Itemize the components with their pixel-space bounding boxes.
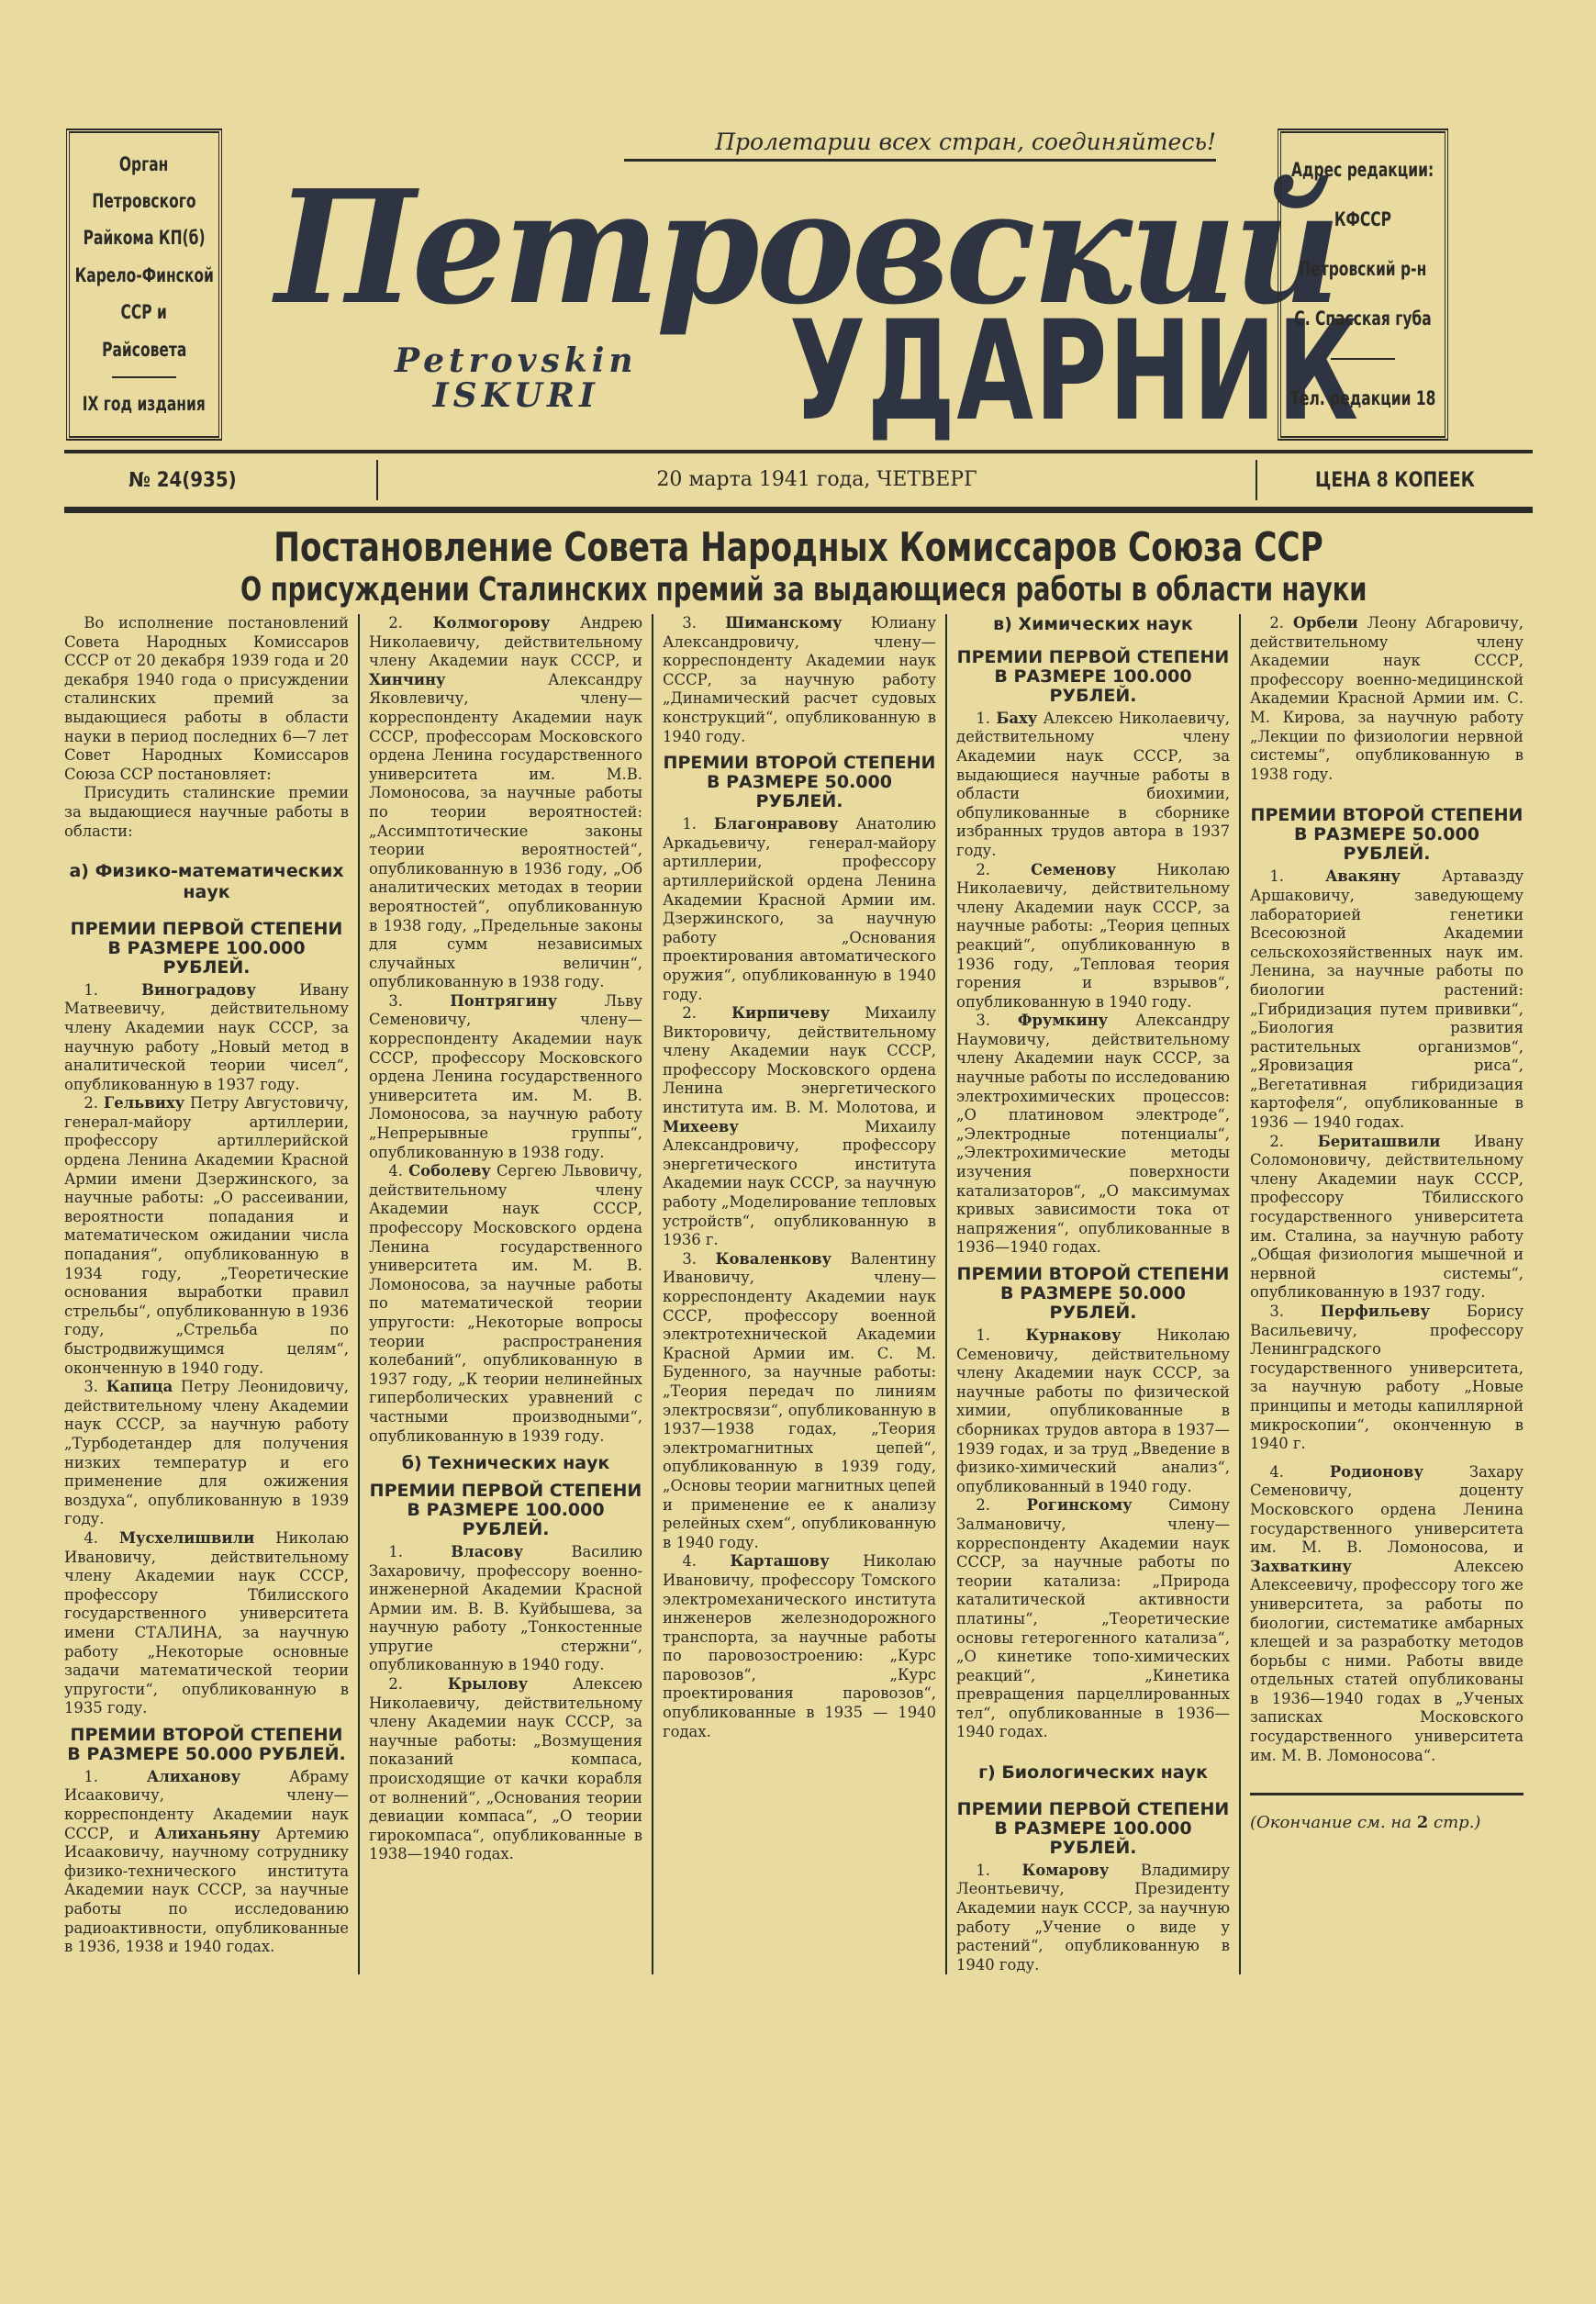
award-entry: 2. Колмогорову Андрею Николаевичу, дейст… — [369, 614, 642, 992]
section-heading: в) Химических наук — [956, 614, 1230, 635]
laureate-name: Рогинскому — [1027, 1496, 1133, 1514]
award-entry: 2. Орбели Леону Абгаровичу, действительн… — [1250, 614, 1523, 784]
award-entry: 1. Комарову Владимиру Леонтьевичу, Прези… — [956, 1862, 1230, 1975]
article-subheadline: О присуждении Сталинских премий за выдаю… — [240, 571, 1356, 609]
laureate-name: Фрумкину — [1018, 1012, 1108, 1029]
entry-text: Александру Наумовичу, действительному чл… — [956, 1012, 1230, 1256]
entry-number: 4. — [1269, 1463, 1284, 1481]
laureate-name: Баху — [996, 710, 1037, 727]
entry-number: 3. — [1269, 1303, 1284, 1320]
award-entry: 1. Авакяну Артаваздy Аршаковичу, заведую… — [1250, 867, 1523, 1132]
finnish-subtitle-line-2: ISKURI — [395, 379, 638, 414]
laureate-name: Власову — [451, 1543, 523, 1560]
laureate-name: Михееву — [663, 1118, 739, 1135]
entry-number: 1. — [84, 1768, 98, 1785]
laureate-name: Семенову — [1031, 861, 1116, 878]
prize-heading: ПРЕМИИ ПЕРВОЙ СТЕПЕНИ В РАЗМЕРЕ 100.000 … — [64, 920, 349, 978]
prize-heading: ПРЕМИИ ПЕРВОЙ СТЕПЕНИ В РАЗМЕРЕ 100.000 … — [369, 1482, 642, 1539]
entry-number: 1. — [388, 1543, 403, 1560]
entry-text: Алексею Алексеевичу, профессору того же … — [1250, 1558, 1523, 1764]
laureate-name: Понтрягину — [450, 992, 557, 1010]
award-entry: 2. Семенову Николаю Николаевичу, действи… — [956, 861, 1230, 1012]
finnish-subtitle: Petrovskin ISKURI — [395, 344, 638, 414]
entry-text: Валентину Ивановичу, члену—корреспондент… — [663, 1250, 936, 1551]
laureate-name: Алиханьяну — [154, 1825, 260, 1842]
entry-number: 3. — [682, 1250, 697, 1268]
laureate-name: Соболеву — [408, 1162, 491, 1180]
award-entry: 3. Шиманскому Юлиану Александровичу, чле… — [663, 614, 936, 746]
laureate-name: Благонравову — [714, 815, 838, 833]
award-entry: 3. Фрумкину Александру Наумовичу, действ… — [956, 1012, 1230, 1258]
entry-text: Михаилу Александровичу, профессору энерг… — [663, 1118, 936, 1249]
entry-number: 3. — [84, 1378, 98, 1395]
laureate-name: Шиманскому — [725, 614, 842, 632]
entry-number: 2. — [976, 861, 990, 878]
entry-text: Сергею Львовичу, действительному члену А… — [369, 1162, 642, 1444]
award-entry: 4. Мусхелишвили Николаю Ивановичу, дейст… — [64, 1529, 349, 1718]
laureate-name: Мусхелишвили — [119, 1529, 254, 1547]
publisher-line: Карело-Финской — [74, 265, 213, 286]
award-entry: 3. Капица Петру Леонидовичу, действитель… — [64, 1378, 349, 1529]
section-heading: г) Биологических наук — [956, 1762, 1230, 1784]
entry-text: Петру Августовичу, генерал-майору артилл… — [64, 1094, 349, 1376]
laureate-name: Бериташвили — [1318, 1133, 1441, 1150]
entry-text: Александру Яковлевичу, члену—корреспонде… — [369, 671, 642, 991]
award-entry: 1. Курнакову Николаю Семеновичу, действи… — [956, 1326, 1230, 1496]
finnish-subtitle-line-1: Petrovskin — [395, 344, 638, 379]
laureate-name: Комарову — [1021, 1862, 1109, 1879]
award-entry: 1. Власову Василию Захаровичу, профессор… — [369, 1543, 642, 1675]
entry-number: 4. — [388, 1162, 403, 1180]
entry-text: Юлиану Александровичу, члену—корреспонде… — [663, 614, 936, 745]
address-line: КФССР — [1334, 209, 1391, 230]
divider — [1331, 358, 1395, 360]
issue-number: № 24(935) — [64, 469, 376, 492]
section-heading: б) Технических наук — [369, 1453, 642, 1474]
intro-paragraph: Присудить сталинские премии за выдающиес… — [64, 784, 349, 841]
phone-line: Тел. редакции 18 — [1290, 388, 1436, 409]
laureate-name: Орбели — [1293, 614, 1358, 632]
continued-note: (Окончание см. на 2 стр.) — [1250, 1814, 1523, 1833]
address-line: Петровский р-н — [1299, 259, 1426, 280]
entry-text: Анатолию Аркадьевичу, генерал-майору арт… — [663, 815, 936, 1002]
award-entry: 4. Соболеву Сергею Львовичу, действитель… — [369, 1162, 642, 1446]
laureate-name: Гельвиху — [104, 1094, 184, 1112]
issue-date: 20 марта 1941 года, ЧЕТВЕРГ — [376, 460, 1257, 500]
column-2: 2. Колмогорову Андрею Николаевичу, дейст… — [358, 614, 652, 1974]
publisher-line: Орган — [119, 154, 169, 175]
entry-number: 1. — [976, 710, 990, 727]
laureate-name: Хинчину — [369, 671, 446, 688]
entry-text: Ивану Соломоновичу, действительному член… — [1250, 1133, 1523, 1302]
prize-heading: ПРЕМИИ ПЕРВОЙ СТЕПЕНИ В РАЗМЕРЕ 100.000 … — [956, 1800, 1230, 1858]
entry-number: 1. — [84, 981, 98, 999]
award-entry: 1. Виноградову Ивану Матвеевичу, действи… — [64, 981, 349, 1095]
entry-number: 3. — [388, 992, 403, 1010]
laureate-name: Виноградову — [141, 981, 256, 999]
address-line: Адрес редакции: — [1291, 160, 1434, 181]
entry-number: 4. — [682, 1552, 697, 1570]
entry-number: 2. — [1269, 1133, 1284, 1150]
laureate-name: Авакяну — [1325, 867, 1401, 885]
article-headline: Постановление Совета Народных Комиссаров… — [226, 524, 1371, 571]
entry-number: 1. — [682, 815, 697, 833]
award-entry: 1. Алиханову Абраму Исааковичу, члену—ко… — [64, 1768, 349, 1957]
entry-text: Артаваздy Аршаковичу, заведующему лабора… — [1250, 867, 1523, 1131]
prize-heading: ПРЕМИИ ВТОРОЙ СТЕПЕНИ В РАЗМЕРЕ 50.000 Р… — [663, 754, 936, 811]
continued-note-suffix: стр.) — [1434, 1813, 1480, 1832]
continued-note-text: (Окончание см. на — [1250, 1813, 1412, 1832]
prize-heading: ПРЕМИИ ВТОРОЙ СТЕПЕНИ В РАЗМЕРЕ 50.000 Р… — [1250, 806, 1523, 864]
laureate-name: Курнакову — [1026, 1326, 1122, 1344]
entry-number: 1. — [1269, 867, 1284, 885]
entry-number: 3. — [976, 1012, 990, 1029]
award-entry: 2. Крылову Алексею Николаевичу, действит… — [369, 1675, 642, 1864]
award-entry: 2. Кирпичеву Михаилу Викторовичу, действ… — [663, 1004, 936, 1250]
editorial-address-box: Адрес редакции: КФССР Петровский р-н С. … — [1278, 129, 1448, 441]
laureate-name: Алиханову — [147, 1768, 240, 1785]
intro-paragraph: Во исполнение постановлений Совета Народ… — [64, 614, 349, 784]
entry-text: Борису Васильевичу, профессору Ленинград… — [1250, 1303, 1523, 1452]
column-1: Во исполнение постановлений Совета Народ… — [64, 614, 358, 1974]
laureate-name: Родионову — [1330, 1463, 1423, 1481]
award-entry: 4. Карташову Николаю Ивановичу, профессо… — [663, 1552, 936, 1741]
address-line: С. Спасская губа — [1294, 308, 1431, 330]
publisher-line: Райкома КП(б) — [84, 228, 206, 249]
entry-number: 4. — [84, 1529, 98, 1547]
laureate-name: Кирпичеву — [731, 1004, 830, 1022]
section-heading: а) Физико-математических наук — [64, 861, 349, 903]
award-entry: 1. Баху Алексею Николаевичу, действитель… — [956, 710, 1230, 861]
laureate-name: Крылову — [448, 1675, 528, 1693]
divider — [1250, 1793, 1523, 1795]
award-entry: 2. Рогинскому Симону Залмановичу, члену—… — [956, 1496, 1230, 1742]
article-columns: Во исполнение постановлений Совета Народ… — [64, 614, 1533, 1974]
entry-number: 2. — [1269, 614, 1284, 632]
publisher-line: ССР и — [121, 302, 167, 323]
column-5: 2. Орбели Леону Абгаровичу, действительн… — [1239, 614, 1533, 1974]
publisher-line: Петровского — [92, 191, 195, 212]
laureate-name: Перфильеву — [1321, 1303, 1430, 1320]
entry-text: Николаю Николаевичу, действительному чле… — [956, 861, 1230, 1011]
award-entry: 3. Коваленкову Валентину Ивановичу, член… — [663, 1250, 936, 1553]
issue-info-bar: № 24(935) 20 марта 1941 года, ЧЕТВЕРГ ЦЕ… — [64, 453, 1533, 507]
entry-text: Льву Семеновичу, члену—корреспонденту Ак… — [369, 992, 642, 1161]
award-entry: 1. Благонравову Анатолию Аркадьевичу, ге… — [663, 815, 936, 1004]
entry-text: Петру Леонидовичу, действительному члену… — [64, 1378, 349, 1527]
masthead: Орган Петровского Райкома КП(б) Карело-Ф… — [64, 119, 1533, 450]
award-entry: 3. Понтрягину Льву Семеновичу, члену—кор… — [369, 992, 642, 1162]
entry-text: Леону Абгаровичу, действительному члену … — [1250, 614, 1523, 783]
year-of-issue: IX год издания — [83, 394, 206, 415]
award-entry: 2. Гельвиху Петру Августовичу, генерал-м… — [64, 1094, 349, 1378]
newspaper-page: Орган Петровского Райкома КП(б) Карело-Ф… — [64, 119, 1533, 1974]
column-4: в) Химических наук ПРЕМИИ ПЕРВОЙ СТЕПЕНИ… — [945, 614, 1239, 1974]
entry-text: Алексею Николаевичу, действительному чле… — [369, 1675, 642, 1862]
entry-text: Николаю Ивановичу, действительному члену… — [64, 1529, 349, 1717]
entry-number: 1. — [976, 1862, 990, 1879]
prize-heading: ПРЕМИИ ВТОРОЙ СТЕПЕНИ В РАЗМЕРЕ 50.000 Р… — [956, 1265, 1230, 1323]
column-3: 3. Шиманскому Юлиану Александровичу, чле… — [652, 614, 945, 1974]
divider — [64, 507, 1533, 513]
entry-text: Артемию Исааковичу, научному сотруднику … — [64, 1825, 349, 1956]
newspaper-title-block: УДАРНИК — [789, 303, 1359, 441]
issue-price: ЦЕНА 8 КОПЕЕК — [1278, 469, 1512, 492]
award-entry: 2. Бериташвили Ивану Соломоновичу, дейст… — [1250, 1133, 1523, 1303]
prize-heading: ПРЕМИИ ПЕРВОЙ СТЕПЕНИ В РАЗМЕРЕ 100.000 … — [956, 648, 1230, 706]
entry-text: Николаю Семеновичу, действительному член… — [956, 1326, 1230, 1495]
award-entry: 3. Перфильеву Борису Васильевичу, профес… — [1250, 1303, 1523, 1454]
entry-number: 2. — [682, 1004, 697, 1022]
award-entry: 4. Родионову Захару Семеновичу, доценту … — [1250, 1463, 1523, 1766]
entry-number: 2. — [388, 1675, 403, 1693]
entry-number: 1. — [976, 1326, 990, 1344]
entry-text: Симону Залмановичу, члену—корреспонденту… — [956, 1496, 1230, 1740]
entry-number: 3. — [682, 614, 697, 632]
entry-text: Василию Захаровичу, профессору военно-ин… — [369, 1543, 642, 1674]
laureate-name: Захваткину — [1250, 1558, 1352, 1575]
prize-heading: ПРЕМИИ ВТОРОЙ СТЕПЕНИ В РАЗМЕРЕ 50.000 Р… — [64, 1726, 349, 1764]
entry-text: Алексею Николаевичу, действительному чле… — [956, 710, 1230, 859]
entry-text: Николаю Ивановичу, профессору Томского э… — [663, 1552, 936, 1739]
entry-number: 2. — [84, 1094, 98, 1112]
laureate-name: Карташову — [730, 1552, 829, 1570]
publisher-box: Орган Петровского Райкома КП(б) Карело-Ф… — [66, 129, 222, 441]
laureate-name: Капица — [106, 1378, 173, 1395]
entry-number: 2. — [388, 614, 403, 632]
laureate-name: Коваленкову — [716, 1250, 831, 1268]
publisher-line: Райсовета — [102, 340, 186, 361]
laureate-name: Колмогорову — [433, 614, 551, 632]
divider — [112, 376, 176, 378]
continued-page-number: 2 — [1417, 1813, 1429, 1832]
entry-number: 2. — [976, 1496, 990, 1514]
